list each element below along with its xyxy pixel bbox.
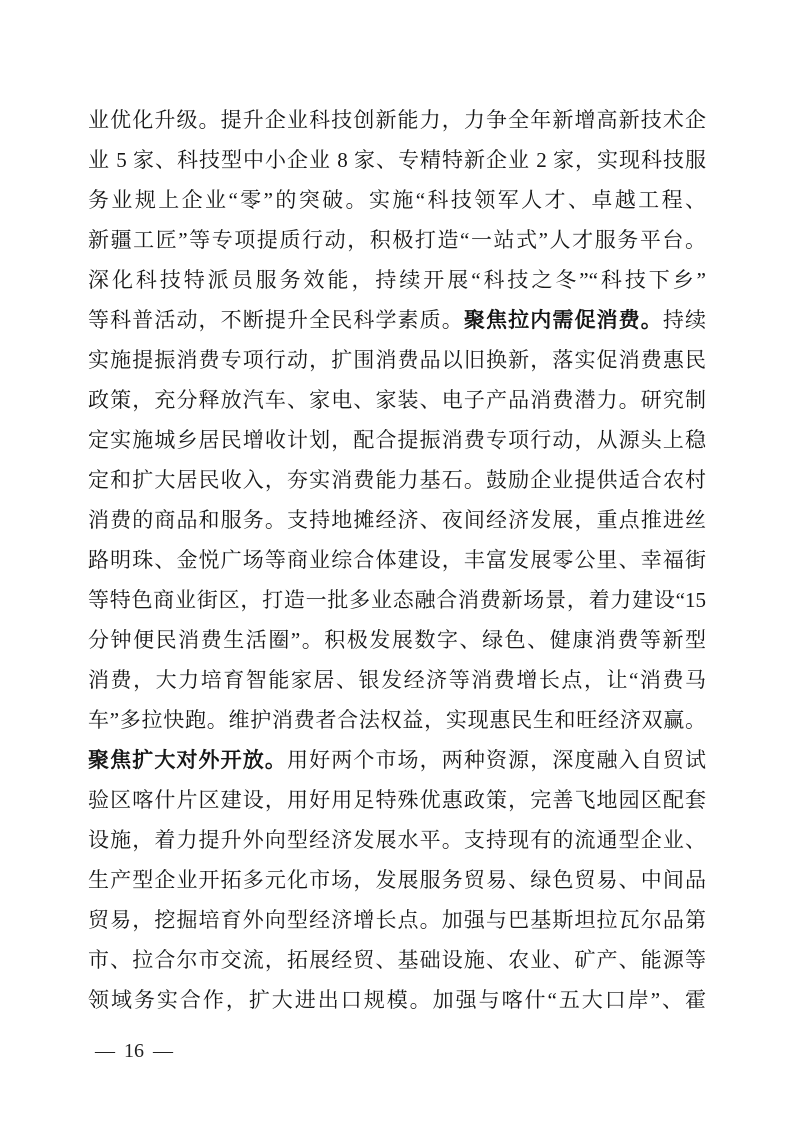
text-line: 业优化升级。提升企业科技创新能力，力争全年新增高新技术企 bbox=[88, 100, 706, 140]
text-run: 领域务实合作，扩大进出口规模。加强与喀什“五大口岸”、霍 bbox=[88, 988, 706, 1012]
text-run: 务业规上企业“零”的突破。实施“科技领军人才、卓越工程、 bbox=[88, 188, 706, 212]
text-run: 业优化升级。提升企业科技创新能力，力争全年新增高新技术企 bbox=[88, 108, 706, 132]
text-run: 新疆工匠”等专项提质行动，积极打造“一站式”人才服务平台。 bbox=[88, 228, 706, 252]
text-line: 新疆工匠”等专项提质行动，积极打造“一站式”人才服务平台。 bbox=[88, 220, 706, 260]
text-line: 贸易，挖掘培育外向型经济增长点。加强与巴基斯坦拉瓦尔品第 bbox=[88, 900, 706, 940]
page-footer: — 16 — bbox=[95, 1040, 173, 1062]
text-run: 深化科技特派员服务效能，持续开展“科技之冬”“科技下乡” bbox=[88, 268, 706, 292]
text-run: 车”多拉快跑。维护消费者合法权益，实现惠民生和旺经济双赢。 bbox=[88, 708, 706, 732]
text-run: 政策，充分释放汽车、家电、家装、电子产品消费潜力。研究制 bbox=[88, 388, 706, 412]
text-run-bold: 聚焦拉内需促消费。 bbox=[464, 309, 663, 332]
text-run: 定和扩大居民收入，夯实消费能力基石。鼓励企业提供适合农村 bbox=[88, 468, 706, 492]
text-line: 生产型企业开拓多元化市场，发展服务贸易、绿色贸易、中间品 bbox=[88, 860, 706, 900]
document-page: 业优化升级。提升企业科技创新能力，力争全年新增高新技术企 业 5 家、科技型中小… bbox=[0, 0, 793, 1122]
document-text: 业优化升级。提升企业科技创新能力，力争全年新增高新技术企 业 5 家、科技型中小… bbox=[88, 100, 706, 1020]
text-line: 领域务实合作，扩大进出口规模。加强与喀什“五大口岸”、霍 bbox=[88, 980, 706, 1020]
text-line: 市、拉合尔市交流，拓展经贸、基础设施、农业、矿产、能源等 bbox=[88, 940, 706, 980]
text-run: 定实施城乡居民增收计划，配合提振消费专项行动，从源头上稳 bbox=[88, 428, 706, 452]
text-run: 消费的商品和服务。支持地摊经济、夜间经济发展，重点推进丝 bbox=[88, 508, 706, 532]
text-run: 用好两个市场，两种资源，深度融入自贸试 bbox=[287, 748, 706, 772]
text-line: 实施提振消费专项行动，扩围消费品以旧换新，落实促消费惠民 bbox=[88, 340, 706, 380]
text-line: 政策，充分释放汽车、家电、家装、电子产品消费潜力。研究制 bbox=[88, 380, 706, 420]
text-run-bold: 聚焦扩大对外开放。 bbox=[88, 749, 287, 772]
text-run: 消费，大力培育智能家居、银发经济等消费增长点，让“消费马 bbox=[88, 668, 706, 692]
footer-left-dash: — bbox=[95, 1040, 115, 1062]
text-run: 贸易，挖掘培育外向型经济增长点。加强与巴基斯坦拉瓦尔品第 bbox=[88, 908, 706, 932]
text-run: 持续 bbox=[663, 308, 706, 332]
text-run: 生产型企业开拓多元化市场，发展服务贸易、绿色贸易、中间品 bbox=[88, 868, 706, 892]
text-line: 定实施城乡居民增收计划，配合提振消费专项行动，从源头上稳 bbox=[88, 420, 706, 460]
text-run: 路明珠、金悦广场等商业综合体建设，丰富发展零公里、幸福街 bbox=[88, 548, 706, 572]
text-line: 分钟便民消费生活圈”。积极发展数字、绿色、健康消费等新型 bbox=[88, 620, 706, 660]
text-line: 深化科技特派员服务效能，持续开展“科技之冬”“科技下乡” bbox=[88, 260, 706, 300]
text-line: 业 5 家、科技型中小企业 8 家、专精特新企业 2 家，实现科技服 bbox=[88, 140, 706, 180]
text-line: 消费的商品和服务。支持地摊经济、夜间经济发展，重点推进丝 bbox=[88, 500, 706, 540]
text-run: 业 5 家、科技型中小企业 8 家、专精特新企业 2 家，实现科技服 bbox=[88, 148, 706, 172]
text-run: 等特色商业街区，打造一批多业态融合消费新场景，着力建设“15 bbox=[88, 588, 706, 612]
page-number: 16 bbox=[124, 1040, 144, 1062]
text-run: 验区喀什片区建设，用好用足特殊优惠政策，完善飞地园区配套 bbox=[88, 788, 706, 812]
text-line: 验区喀什片区建设，用好用足特殊优惠政策，完善飞地园区配套 bbox=[88, 780, 706, 820]
text-line: 务业规上企业“零”的突破。实施“科技领军人才、卓越工程、 bbox=[88, 180, 706, 220]
text-run: 实施提振消费专项行动，扩围消费品以旧换新，落实促消费惠民 bbox=[88, 348, 706, 372]
text-line: 聚焦扩大对外开放。用好两个市场，两种资源，深度融入自贸试 bbox=[88, 740, 706, 780]
text-line: 路明珠、金悦广场等商业综合体建设，丰富发展零公里、幸福街 bbox=[88, 540, 706, 580]
text-line: 车”多拉快跑。维护消费者合法权益，实现惠民生和旺经济双赢。 bbox=[88, 700, 706, 740]
footer-right-dash: — bbox=[153, 1040, 173, 1062]
text-run: 等科普活动，不断提升全民科学素质。 bbox=[88, 308, 464, 332]
text-line: 等特色商业街区，打造一批多业态融合消费新场景，着力建设“15 bbox=[88, 580, 706, 620]
text-run: 设施，着力提升外向型经济发展水平。支持现有的流通型企业、 bbox=[88, 828, 706, 852]
text-run: 分钟便民消费生活圈”。积极发展数字、绿色、健康消费等新型 bbox=[88, 628, 706, 652]
text-line: 定和扩大居民收入，夯实消费能力基石。鼓励企业提供适合农村 bbox=[88, 460, 706, 500]
text-line: 设施，着力提升外向型经济发展水平。支持现有的流通型企业、 bbox=[88, 820, 706, 860]
text-line: 消费，大力培育智能家居、银发经济等消费增长点，让“消费马 bbox=[88, 660, 706, 700]
text-run: 市、拉合尔市交流，拓展经贸、基础设施、农业、矿产、能源等 bbox=[88, 948, 706, 972]
text-line: 等科普活动，不断提升全民科学素质。聚焦拉内需促消费。持续 bbox=[88, 300, 706, 340]
